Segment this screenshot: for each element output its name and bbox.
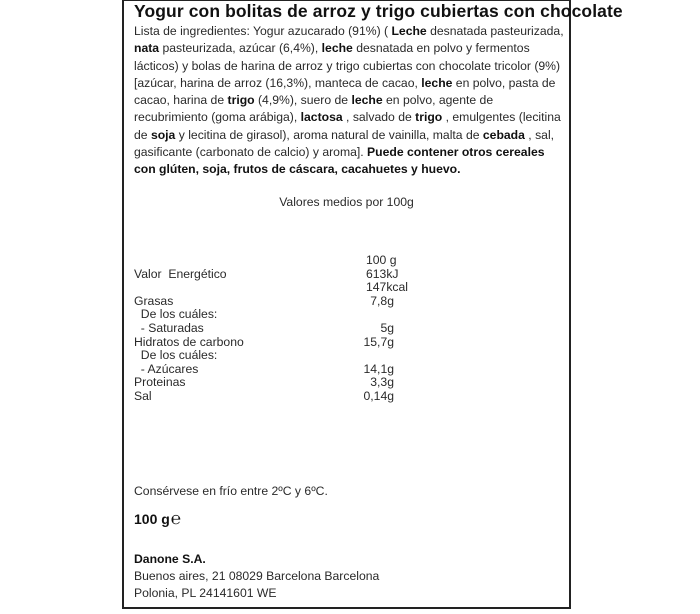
nutrition-label: De los cuáles: [134,307,217,321]
nutrition-value: 147kcal [366,280,408,294]
product-label: Yogur con bolitas de arroz y trigo cubie… [122,0,571,609]
nutrition-value: 7,8g [370,294,394,308]
storage-instructions: Consérvese en frío entre 2ºC y 6ºC. [134,484,328,498]
company-info: Danone S.A. Buenos aires, 21 08029 Barce… [134,551,379,602]
allergen-text: leche [421,76,452,90]
nutrition-value: 100 g [366,253,397,267]
allergen-text: cebada [483,128,525,142]
ingredient-text: pasteurizada, azúcar (6,4%), [159,41,322,55]
nutrition-value: 15,7g [364,335,395,349]
allergen-text: lactosa [301,110,343,124]
net-weight-value: 100 g [134,511,170,527]
nutrition-label: De los cuáles: [134,348,217,362]
estimated-sign-icon: ℮ [171,509,181,528]
company-address-line-1: Buenos aires, 21 08029 Barcelona Barcelo… [134,568,379,585]
nutrition-value: 0,14g [364,389,395,403]
allergen-text: leche [322,41,353,55]
nutrition-label: Valor Energético [134,267,227,281]
ingredients-list: Lista de ingredientes: Yogur azucarado (… [134,23,566,179]
allergen-text: leche [351,93,382,107]
nutrition-label: Grasas [134,294,173,308]
allergen-text: soja [151,128,175,142]
ingredient-text: desnatada pasteurizada, [427,24,564,38]
nutrition-value: 14,1g [364,362,395,376]
nutrition-value: 5g [380,321,394,335]
nutrition-label: Hidratos de carbono [134,335,244,349]
company-address-line-2: Polonia, PL 24141601 WE [134,585,379,602]
company-name: Danone S.A. [134,551,379,568]
nutrition-value: 613kJ [366,267,399,281]
nutrition-label: - Azúcares [134,362,198,376]
nutrition-label: Proteinas [134,375,186,389]
nutrition-heading: Valores medios por 100g [124,195,569,209]
nutrition-label: - Saturadas [134,321,204,335]
net-weight: 100 g℮ [134,509,181,529]
allergen-text: trigo [228,93,255,107]
product-title: Yogur con bolitas de arroz y trigo cubie… [134,1,623,22]
nutrition-row: Sal0,14g [134,389,394,404]
nutrition-value: 3,3g [370,375,394,389]
ingredient-text: Lista de ingredientes: Yogur azucarado (… [134,24,391,38]
ingredient-text: y lecitina de girasol), aroma natural de… [175,128,483,142]
allergen-text: nata [134,41,159,55]
ingredient-text: (4,9%), suero de [255,93,352,107]
ingredient-text: , salvado de [343,110,416,124]
allergen-text: Leche [391,24,426,38]
nutrition-label: Sal [134,389,152,403]
allergen-text: trigo [415,110,442,124]
